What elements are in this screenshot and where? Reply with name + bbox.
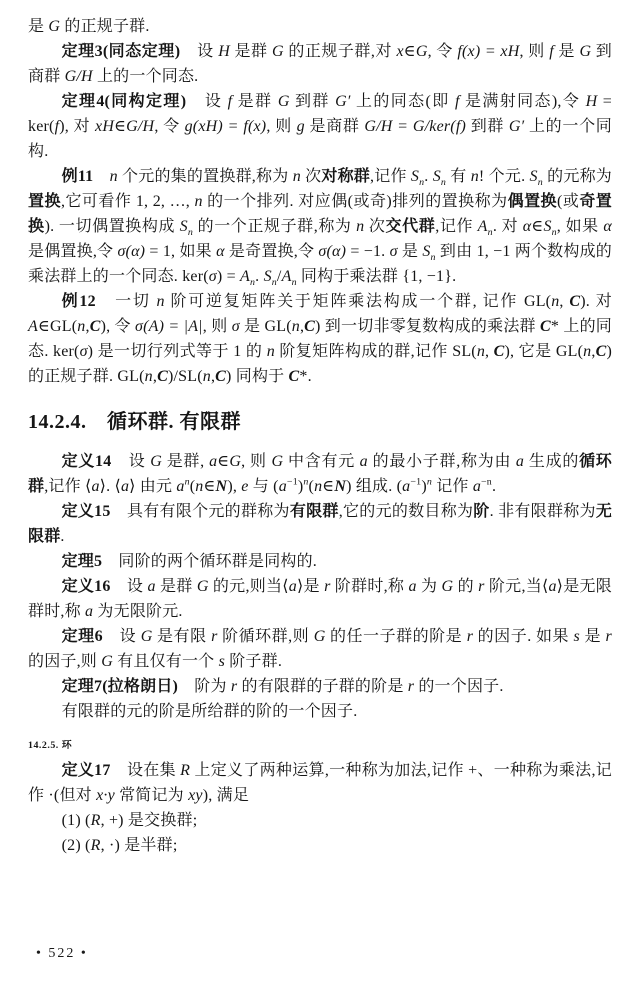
text-run: C: [494, 343, 505, 360]
text-run: (2) (: [62, 837, 91, 854]
page: { "document": { "language": "zh", "foote…: [0, 0, 640, 988]
text-run: 有: [446, 168, 471, 185]
text-run: f(x) = xH: [457, 43, 519, 60]
text-run: 定理3(同态定理): [62, 43, 181, 60]
text-run: a: [121, 478, 129, 495]
text-run: G: [314, 628, 326, 645]
text-run: 阶复矩阵构成的群,记作 SL(: [275, 343, 477, 360]
text-run: A: [240, 268, 250, 285]
text-run: 的有限群的子群的阶是: [237, 678, 407, 695]
text-run: 例11: [62, 168, 94, 185]
text-run: 是 GL(: [240, 318, 292, 335]
text-run: x∈G: [397, 43, 428, 60]
text-run: G: [48, 18, 60, 35]
text-run: 阶元,当⟨: [485, 578, 549, 595]
text-run: G: [272, 43, 284, 60]
text-run: n: [293, 168, 301, 185]
text-run: 例12: [62, 293, 96, 310]
text-run: n: [203, 368, 211, 385]
text-run: . 对: [493, 218, 523, 235]
text-run: 生成的: [524, 453, 579, 470]
text-run: C: [90, 318, 101, 335]
text-run: 设: [186, 93, 227, 110]
text-run: G: [272, 453, 284, 470]
paragraph: 例11 n 个元的集的置换群,称为 n 次对称群,记作 Sn. Sn 有 n! …: [28, 164, 612, 289]
text-run: α∈S: [523, 218, 552, 235]
paragraph: (1) (R, +) 是交换群;: [28, 808, 612, 833]
text-run: G′: [335, 93, 350, 110]
text-run: C: [157, 368, 168, 385]
text-run: 到群: [290, 93, 336, 110]
text-run: n: [156, 293, 164, 310]
text-run: r: [606, 628, 612, 645]
text-run: C: [596, 343, 607, 360]
text-run: σ(α): [318, 243, 346, 260]
text-run: 的一个因子.: [414, 678, 503, 695]
text-run: 一切: [96, 293, 157, 310]
text-run: 的因子. 如果: [473, 628, 573, 645]
text-run: 有限群: [290, 503, 339, 520]
text-run: a: [176, 478, 184, 495]
text-run: 为: [417, 578, 442, 595]
text-run: 对称群: [321, 168, 370, 185]
text-run: n: [292, 318, 300, 335]
text-run: , 令: [428, 43, 458, 60]
text-run: a: [408, 578, 416, 595]
text-run: , 如果: [557, 218, 604, 235]
text-run: ∈: [204, 478, 216, 495]
text-run: g(xH) = f(x): [185, 118, 267, 135]
text-run: 常简记为: [115, 787, 188, 804]
text-run: ). 一切偶置换构成: [45, 218, 180, 235]
text-run: 具有有限个元的群称为: [111, 503, 290, 520]
text-run: 设: [103, 628, 141, 645]
text-run: 记作: [432, 478, 473, 495]
text-run: R: [91, 812, 101, 829]
text-run: (或: [557, 193, 579, 210]
text-run: 为无限阶元.: [93, 603, 182, 620]
text-run: H: [586, 93, 598, 110]
text-run: 交代群: [386, 218, 436, 235]
text-run: S: [433, 168, 441, 185]
text-run: G: [150, 453, 162, 470]
text-run: 的: [453, 578, 478, 595]
text-run: 定理4(同构定理): [62, 93, 187, 110]
text-run: C: [540, 318, 551, 335]
text-run: 14.2.4.: [28, 411, 87, 433]
text-run: σ(A) = |A|: [135, 318, 203, 335]
text-run: .: [424, 168, 432, 185]
text-run: a: [548, 578, 556, 595]
text-run: G: [229, 453, 241, 470]
text-run: G′: [509, 118, 524, 135]
text-run: 的因子,则: [28, 653, 101, 670]
text-run: ⟩ 由元: [129, 478, 176, 495]
text-run: 次: [364, 218, 385, 235]
text-run: 设在集: [111, 762, 181, 779]
text-run: 的任一子群的阶是: [325, 628, 466, 645]
text-run: a: [279, 478, 287, 495]
text-run: 的正规子群.: [60, 18, 149, 35]
text-run: 是: [398, 243, 423, 260]
page-number: • 522 •: [36, 946, 88, 962]
text-run: σ: [209, 268, 217, 285]
text-run: 设: [180, 43, 218, 60]
text-run: 的最小子群,称为由: [368, 453, 516, 470]
paragraph: 定义15 具有有限个元的群称为有限群,它的元的数目称为阶. 非有限群称为无限群.: [28, 499, 612, 549]
text-run: n: [110, 168, 118, 185]
text-run: n: [471, 168, 479, 185]
text-run: 阶为: [178, 678, 231, 695]
text-run: C: [215, 368, 226, 385]
text-run: xH∈G/H: [95, 118, 154, 135]
text-run: e: [241, 478, 248, 495]
paragraph: 是 G 的正规子群.: [28, 14, 612, 39]
text-run: , 则: [241, 453, 271, 470]
text-run: a: [473, 478, 481, 495]
text-run: ∈: [322, 478, 334, 495]
page-content: 是 G 的正规子群.定理3(同态定理) 设 H 是群 G 的正规子群,对 x∈G…: [0, 0, 640, 988]
text-run: 定义16: [62, 578, 111, 595]
text-run: 是有限: [153, 628, 212, 645]
text-run: 的一个正规子群,称为: [193, 218, 356, 235]
text-run: 置换: [28, 193, 61, 210]
text-run: 阶循环群,则: [218, 628, 314, 645]
text-run: 是群: [156, 578, 197, 595]
text-run: 中含有元: [283, 453, 359, 470]
text-run: ∈: [217, 453, 229, 470]
text-run: 与 (: [249, 478, 279, 495]
text-run: 偶置换: [508, 193, 557, 210]
text-run: H: [218, 43, 230, 60]
text-run: , +) 是交换群;: [101, 812, 198, 829]
paragraph: (2) (R, ·) 是半群;: [28, 833, 612, 858]
text-run: ), 满足: [203, 787, 249, 804]
text-run: C: [289, 368, 300, 385]
text-run: 阶可逆复矩阵关于矩阵乘法构成一个群, 记作 GL(: [165, 293, 552, 310]
text-run: 是: [580, 628, 606, 645]
text-run: S: [411, 168, 419, 185]
text-run: G: [101, 653, 113, 670]
text-run: ), 它是 GL(: [505, 343, 584, 360]
text-run: 的元称为: [543, 168, 612, 185]
text-run: 的正规子群,对: [284, 43, 397, 60]
text-run: [93, 168, 109, 185]
text-run: 是奇置换,令: [225, 243, 319, 260]
text-run: .: [255, 268, 263, 285]
text-run: −n: [481, 477, 492, 488]
text-run: a: [148, 578, 156, 595]
text-run: 定理6: [62, 628, 103, 645]
text-run: G: [579, 43, 591, 60]
text-run: 上的同态(即: [351, 93, 455, 110]
text-run: −1: [287, 477, 298, 488]
text-run: 的元,则当⟨: [209, 578, 289, 595]
text-run: 个元的集的置换群,称为: [118, 168, 293, 185]
text-run: A: [28, 318, 38, 335]
text-run: .: [60, 528, 64, 545]
paragraph: 定理6 设 G 是有限 r 阶循环群,则 G 的任一子群的阶是 r 的因子. 如…: [28, 624, 612, 674]
text-run: R: [91, 837, 101, 854]
text-run: 阶: [473, 503, 489, 520]
text-run: N: [334, 478, 346, 495]
paragraph: 定义17 设在集 R 上定义了两种运算,一种称为加法,记作 +、一种称为乘法,记…: [28, 758, 612, 808]
text-run: 是满射同态),令: [460, 93, 586, 110]
text-run: 设: [111, 453, 150, 470]
text-run: 次: [301, 168, 321, 185]
text-run: 是: [554, 43, 580, 60]
paragraph: 有限群的元的阶是所给群的阶的一个因子.: [28, 699, 612, 724]
text-run: C: [569, 293, 580, 310]
text-run: 定义14: [62, 453, 112, 470]
text-run: S: [422, 243, 430, 260]
text-run: ),: [227, 478, 241, 495]
text-run: , 则: [519, 43, 549, 60]
text-run: G/H = G/ker(f): [364, 118, 466, 135]
text-run: a: [289, 578, 297, 595]
text-run: 的一个排列. 对应偶(或奇)排列的置换称为: [203, 193, 508, 210]
text-run: A: [478, 218, 488, 235]
text-run: 14.2.5.: [28, 740, 59, 751]
text-run: = −1.: [346, 243, 389, 260]
text-run: G: [278, 93, 290, 110]
text-run: 是群: [232, 93, 278, 110]
text-run: ), 对: [59, 118, 95, 135]
text-run: )/SL(: [168, 368, 203, 385]
text-run: , ·) 是半群;: [101, 837, 178, 854]
text-run: A: [282, 268, 292, 285]
text-run: xy: [188, 787, 203, 804]
text-run: S: [264, 268, 272, 285]
text-run: ! 个元.: [479, 168, 530, 185]
text-run: 是偶置换,令: [28, 243, 117, 260]
text-run: 到群: [466, 118, 509, 135]
text-run: n: [145, 368, 153, 385]
text-run: 阶群时,称: [331, 578, 409, 595]
text-run: N: [216, 478, 228, 495]
text-run: 定理7(拉格朗日): [62, 678, 178, 695]
text-run: . 非有限群称为: [490, 503, 596, 520]
paragraph: 定义16 设 a 是群 G 的元,则当⟨a⟩是 r 阶群时,称 a 为 G 的 …: [28, 574, 612, 624]
text-run: G: [141, 628, 153, 645]
text-run: σ: [232, 318, 240, 335]
text-run: n: [195, 478, 203, 495]
text-run: , 则: [266, 118, 296, 135]
text-run: 循环群. 有限群: [87, 411, 242, 433]
text-run: 环: [59, 740, 72, 751]
text-run: ) 同构于: [226, 368, 289, 385]
text-run: .: [492, 478, 496, 495]
text-run: σ: [80, 343, 88, 360]
text-run: n: [77, 318, 85, 335]
text-run: 上的一个同态.: [93, 68, 199, 85]
text-run: a: [91, 478, 99, 495]
text-run: a: [516, 453, 524, 470]
text-run: ∈GL(: [38, 318, 77, 335]
paragraph: 定理4(同构定理) 设 f 是群 G 到群 G′ 上的同态(即 f 是满射同态)…: [28, 89, 612, 164]
text-run: 定义17: [62, 762, 111, 779]
text-run: a: [85, 603, 93, 620]
section-heading: 14.2.4. 循环群. 有限群: [28, 409, 612, 435]
paragraph: 例12 一切 n 阶可逆复矩阵关于矩阵乘法构成一个群, 记作 GL(n, C).…: [28, 289, 612, 389]
text-run: ⟩是: [297, 578, 324, 595]
text-run: ) 到一切非零复数构成的乘法群: [315, 318, 540, 335]
text-run: ,它可看作 1, 2, …,: [61, 193, 195, 210]
text-run: ,记作: [370, 168, 411, 185]
text-run: α: [216, 243, 225, 260]
text-run: n: [477, 343, 485, 360]
text-run: ) 组成. (: [346, 478, 402, 495]
text-run: ), 令: [101, 318, 135, 335]
text-run: , 令: [154, 118, 184, 135]
text-run: (1) (: [62, 812, 91, 829]
paragraph: 定义14 设 G 是群, a∈G, 则 G 中含有元 a 的最小子群,称为由 a…: [28, 449, 612, 499]
text-run: G: [197, 578, 209, 595]
text-run: , 则: [203, 318, 232, 335]
text-run: ,: [559, 293, 569, 310]
paragraph: 定理7(拉格朗日) 阶为 r 的有限群的子群的阶是 r 的一个因子.: [28, 674, 612, 699]
text-run: 设: [111, 578, 148, 595]
text-run: 是: [28, 18, 48, 35]
text-run: S: [180, 218, 188, 235]
text-run: ). 对: [580, 293, 612, 310]
text-run: ,记作 ⟨: [44, 478, 91, 495]
text-run: 阶子群.: [225, 653, 282, 670]
text-run: = 1, 如果: [145, 243, 216, 260]
text-run: ,记作: [435, 218, 477, 235]
text-run: 有限群的元的阶是所给群的阶的一个因子.: [62, 703, 358, 720]
text-run: 定义15: [62, 503, 111, 520]
text-run: n: [267, 343, 275, 360]
text-run: G: [442, 578, 454, 595]
text-run: ,它的元的数目称为: [339, 503, 474, 520]
text-run: S: [530, 168, 538, 185]
text-run: 同构于乘法群 {1, −1}.: [297, 268, 457, 285]
text-run: *.: [299, 368, 311, 385]
text-run: ⟩. ⟨: [100, 478, 121, 495]
text-run: σ: [390, 243, 398, 260]
text-run: G/H: [65, 68, 93, 85]
text-run: C: [304, 318, 315, 335]
text-run: 是商群: [305, 118, 365, 135]
text-run: 定理5: [62, 553, 103, 570]
text-run: σ(α): [117, 243, 145, 260]
text-run: n: [194, 193, 202, 210]
text-run: a: [360, 453, 368, 470]
text-run: α: [603, 218, 612, 235]
text-run: 是群,: [162, 453, 209, 470]
text-run: ) 是一切行列式等于 1 的: [88, 343, 267, 360]
text-run: −1: [410, 477, 421, 488]
paragraph: 定理3(同态定理) 设 H 是群 G 的正规子群,对 x∈G, 令 f(x) =…: [28, 39, 612, 89]
text-run: x·y: [96, 787, 115, 804]
paragraph: 定理5 同阶的两个循环群是同构的.: [28, 549, 612, 574]
text-run: 是群: [230, 43, 272, 60]
text-run: ) =: [217, 268, 240, 285]
text-run: 同阶的两个循环群是同构的.: [102, 553, 317, 570]
text-run: R: [180, 762, 190, 779]
text-run: ,: [485, 343, 494, 360]
text-run: g: [297, 118, 305, 135]
text-run: 有且仅有一个: [113, 653, 219, 670]
